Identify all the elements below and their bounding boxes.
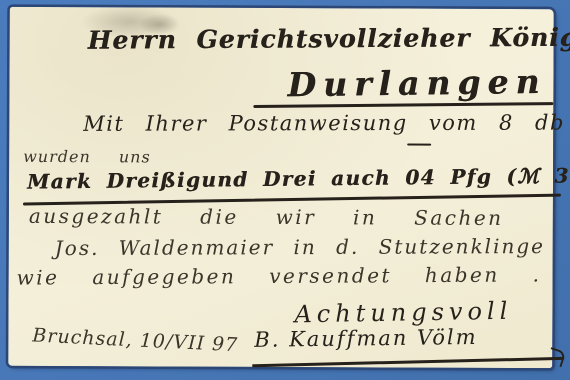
destination-line: Durlangen xyxy=(287,65,546,101)
signature: B. Kauffman Völm xyxy=(254,327,477,351)
place-and-date: Bruchsal, 10/VII 97 xyxy=(32,326,239,355)
body-line-2: wurden uns xyxy=(23,149,151,166)
body-line-3: ausgezahlt die wir in Sachen xyxy=(29,206,504,228)
vom-underline xyxy=(407,144,431,146)
body-line-4: Jos. Waldenmaier in d. Stutzenklinge xyxy=(55,236,545,258)
amount-line: Mark Dreißigund Drei auch 04 Pfg (ℳ 33.0… xyxy=(27,165,570,192)
postcard: Herrn Gerichtsvollzieher König Durlangen… xyxy=(8,7,554,368)
signature-flourish xyxy=(252,357,564,367)
closing-line: Achtungsvoll xyxy=(294,299,512,327)
body-line-5: wie aufgegeben versendet haben . xyxy=(17,264,542,287)
scanned-postcard-scene: Herrn Gerichtsvollzieher König Durlangen… xyxy=(0,0,570,380)
body-line-1: Mit Ihrer Postanweisung vom 8 db xyxy=(83,113,565,135)
recipient-line: Herrn Gerichtsvollzieher König xyxy=(88,25,570,53)
